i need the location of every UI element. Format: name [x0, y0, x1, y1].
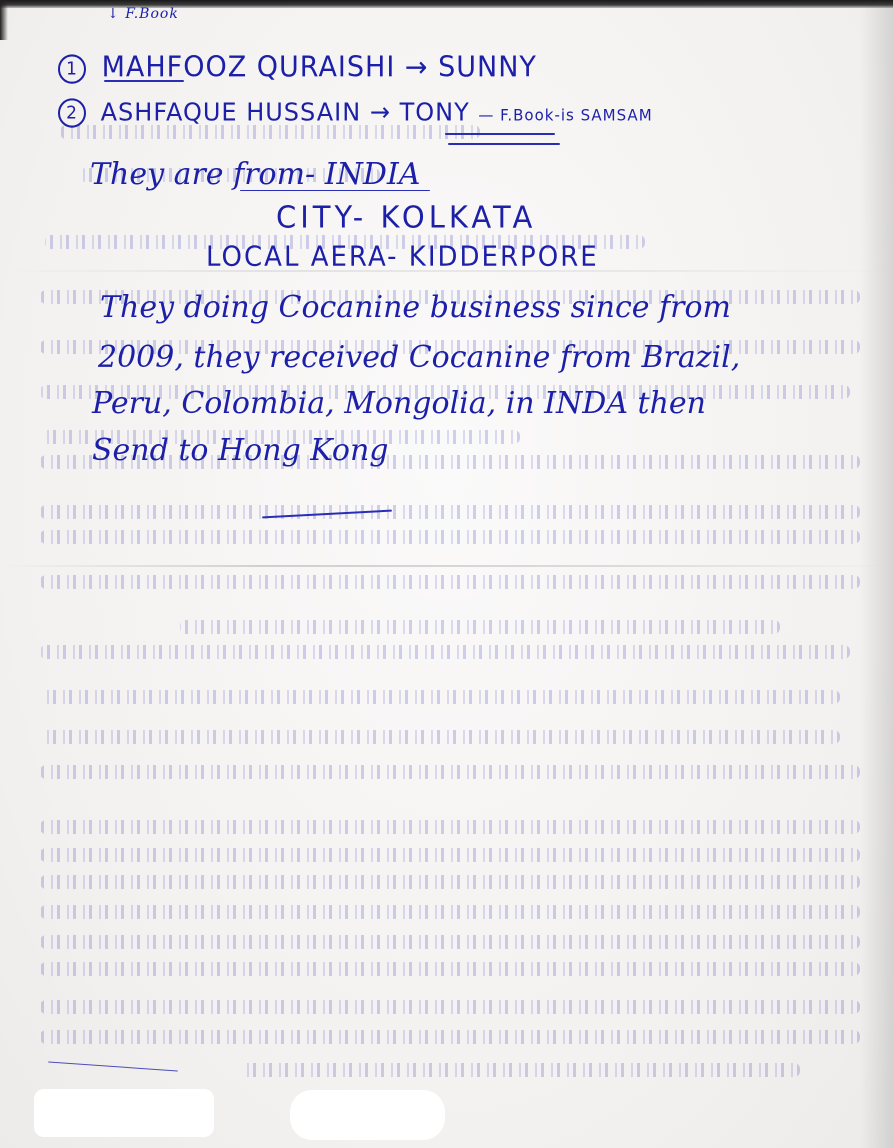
document-page: ↓ F.Book 1 MAHFOOZ QURAISHI → SUNNY 2 AS…	[0, 0, 893, 1148]
entry-number: 2	[58, 98, 86, 127]
ink-underline	[104, 80, 184, 82]
origin-line: They are from- INDIA	[90, 157, 420, 192]
entry-number: 1	[58, 54, 86, 83]
entry-alias: TONY	[400, 97, 470, 126]
arrow-right-icon: →	[405, 51, 429, 84]
entry-alias: SUNNY	[438, 51, 537, 84]
ink-underline	[445, 133, 555, 135]
body-line-2: 2009, they received Cocanine from Brazil…	[98, 340, 740, 375]
signature-stroke	[48, 1061, 178, 1071]
arrow-right-icon: →	[370, 97, 391, 126]
redaction-block	[34, 1089, 214, 1137]
entry-note: — F.Book-is SAMSAM	[478, 106, 652, 125]
body-line-1: They doing Cocanine business since from	[100, 290, 731, 325]
city-line: CITY- KOLKATA	[276, 199, 536, 235]
body-line-4: Send to Hong Kong	[92, 433, 389, 468]
annotation-arrow-note: ↓ F.Book	[107, 6, 179, 22]
annotation-text: F.Book	[125, 6, 179, 22]
down-arrow-icon: ↓	[107, 6, 120, 22]
entry-name: ASHFAQUE HUSSAIN	[101, 97, 362, 126]
entry-1: 1 MAHFOOZ QURAISHI → SUNNY	[58, 51, 537, 84]
redaction-block	[290, 1090, 445, 1140]
ink-underline	[448, 143, 560, 145]
local-area-line: LOCAL AERA- KIDDERPORE	[206, 241, 599, 273]
paper-fold-line	[0, 565, 893, 567]
scan-corner-shadow	[0, 0, 8, 40]
entry-name: MAHFOOZ QURAISHI	[102, 51, 396, 84]
ink-underline	[240, 190, 430, 191]
body-line-3: Peru, Colombia, Mongolia, in INDA then	[92, 386, 706, 421]
entry-2: 2 ASHFAQUE HUSSAIN → TONY — F.Book-is SA…	[58, 97, 653, 127]
